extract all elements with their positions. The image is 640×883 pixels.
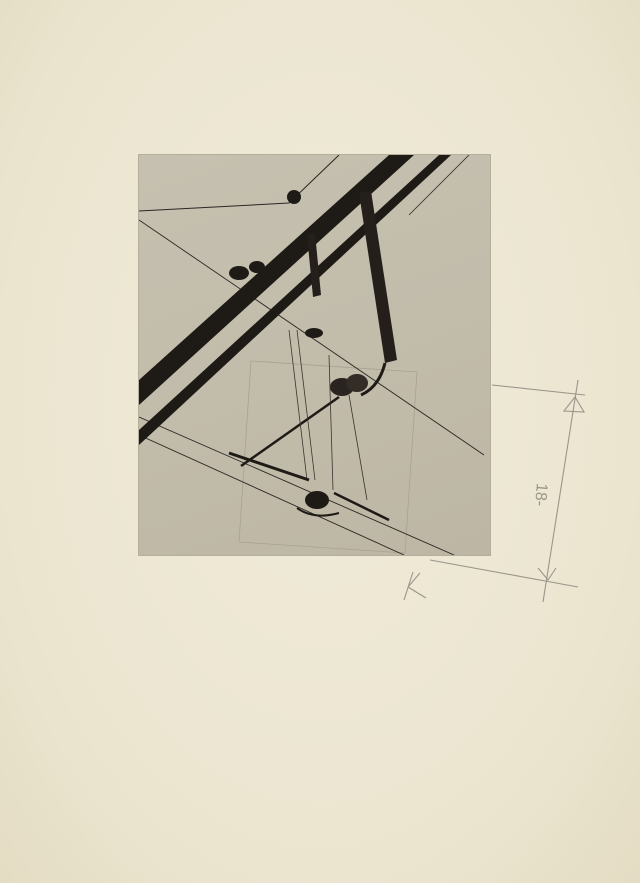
photograph	[139, 155, 490, 555]
overhead-line-image	[139, 155, 490, 555]
svg-text:18-: 18-	[531, 482, 550, 507]
mount-card: 18-	[0, 0, 640, 883]
